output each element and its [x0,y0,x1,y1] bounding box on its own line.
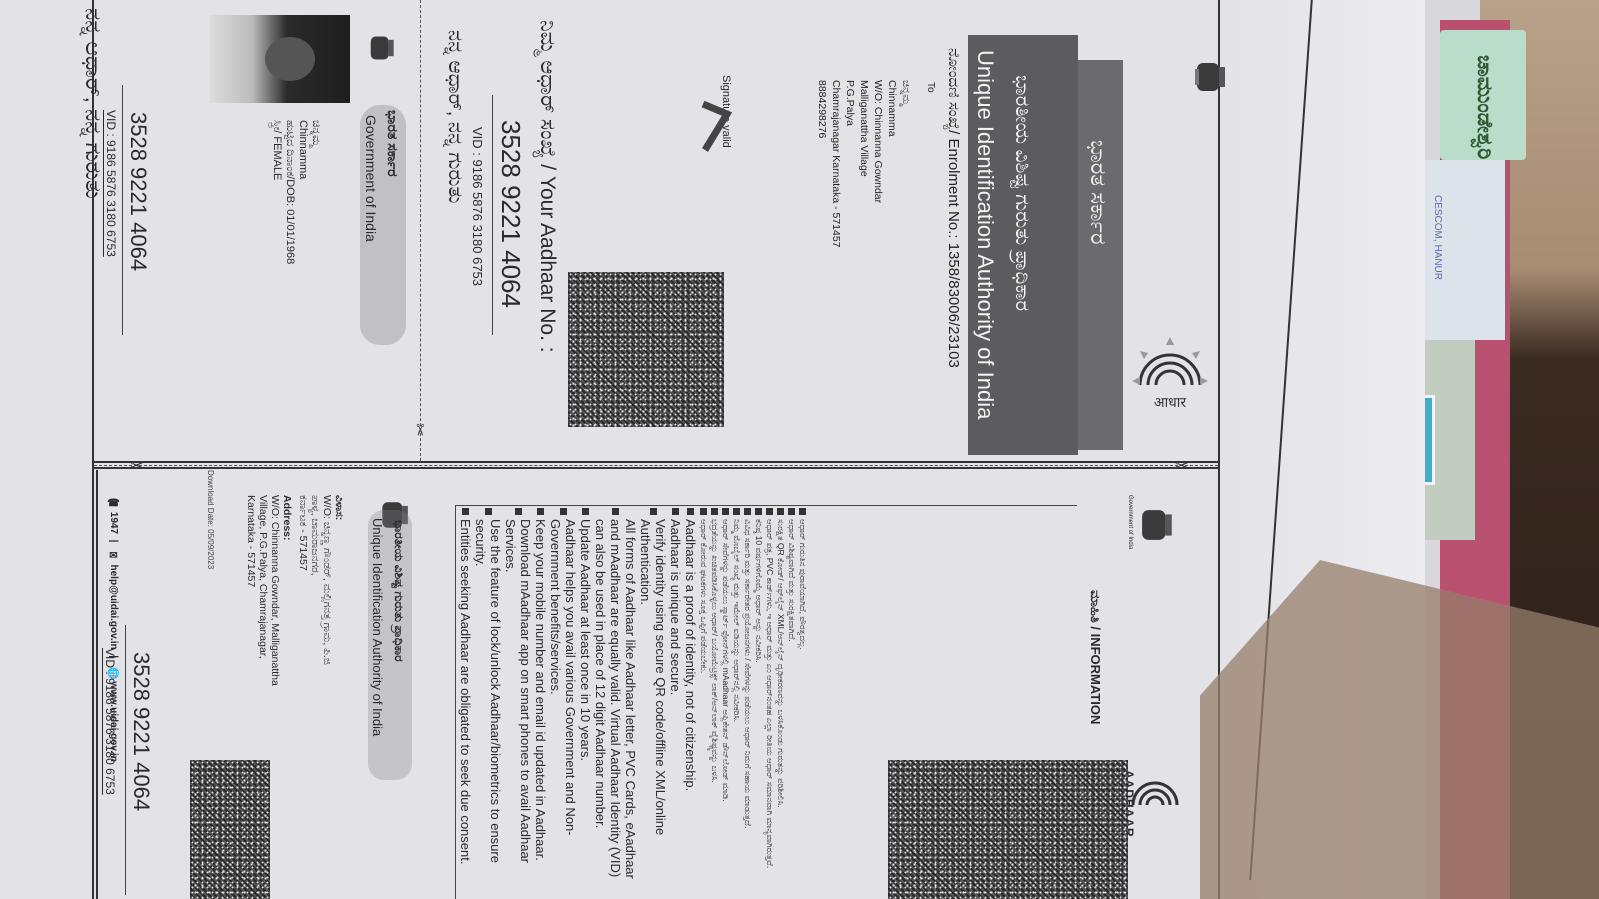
uidai-name-en: Unique Identification Authority of India [972,50,998,419]
recipient-relation: W/O: Chinnanna Gowndar [871,80,885,248]
mail-icon: ✉ [108,551,119,562]
recipient-phone: 8884298276 [815,80,829,248]
recipient-village: Malliganattha Village [857,80,871,248]
uidai-name-kn: ಭಾರತೀಯ ವಿಶಿಷ್ಟ ಗುರುತು ಪ್ರಾಧಿಕಾರ [1010,75,1033,311]
information-list: ಆಧಾರ್ ಗುರುತಿನ ಪುರಾವೆಯಾಗಿದೆ, ಪೌರತ್ವದಲ್ಲ.ಆ… [458,507,808,892]
info-item: ಭದ್ರತೆಯನ್ನು ಖಚಿತಪಡಿಸಿಕೊಳ್ಳಲು ಆಧಾರ್/ ಬಯೋಮ… [709,507,720,892]
folder-light-tab [1415,160,1505,340]
gov-india-small: Government of India [1127,495,1133,549]
qr-code [190,760,270,899]
info-item: Aadhaar is unique and secure. [668,507,683,892]
card-back-uidai-en: Unique Identification Authority of India [370,518,385,736]
address-line: W/O: Chinnanna Gowndar, Malliganattha [269,495,281,686]
info-item: Keep your mobile number and email id upd… [533,507,548,892]
qr-code [888,760,1128,899]
card-aadhaar-number: 3528 9221 4064 [125,112,151,271]
info-item: Update Aadhaar at least once in 10 years… [578,507,593,892]
enrolment-label: ನೋಂದಣಿ ಸಂಖ್ಯೆ/ Enrolment No.: [945,48,962,239]
holder-photo [210,15,350,103]
card-back-address: ವಿಳಾಸ: W/O: ಚಿನ್ನಣ್ಣ ಗೌಂಡರ್, ಮಲ್ಲಿಗನತ್ತ … [245,495,345,686]
phone-icon: ☎ [108,498,119,509]
recipient-district: Chamrajanagar Karnataka - 571457 [829,80,843,248]
enrolment-value: 1358/83006/23103 [945,243,962,368]
info-item: ಸುರಕ್ಷಿತ QR ಕೋಡ್/ ಆಫ್‌ಲೈನ್ XML/ಆನ್‌ಲೈನ್ … [775,507,786,892]
cut-line [94,461,1218,469]
to-label: To [925,82,936,93]
address-label: Address: [281,495,293,686]
info-item: All forms of Aadhaar like Aadhaar letter… [593,507,638,892]
info-item: Verify identity using secure QR code/off… [638,507,668,892]
card-gov-kn: ಭಾರತ ಸರ್ಕಾರ [385,110,401,177]
info-item: ವಿವಿಧ ಸರ್ಕಾರಿ ಮತ್ತು ಸರ್ಕಾರೇತರ ಪ್ರಯೋಜನಗಳು… [742,507,753,892]
info-item: ನಿಮ್ಮ ಮೊಬೈಲ್ ಸಂಖ್ಯೆ ಮತ್ತು ಇಮೇಲ್ ಐಡಿಯನ್ನು… [731,507,742,892]
national-emblem-icon [1140,500,1176,550]
gov-header-kn: ಭಾರತ ಸರ್ಕಾರ [1085,140,1111,245]
recipient-name-kn: ಚಿನ್ನಮ್ಮ [899,80,913,248]
recipient-name: Chinnamma [885,80,899,248]
website: www.uidai.gov.in [108,681,119,762]
info-list-kn: ಆಧಾರ್ ಗುರುತಿನ ಪುರಾವೆಯಾಗಿದೆ, ಪೌರತ್ವದಲ್ಲ.ಆ… [698,507,808,892]
separator: | [108,652,119,663]
divider [122,85,123,335]
cut-line-vertical [420,0,421,461]
address-label-kn: ವಿಳಾಸ: [333,495,345,686]
national-emblem-icon [368,30,398,66]
info-item: ಆಧಾರ್ ಕೋರುವ ಘಟಕಗಳು ಸೂಕ್ತ ಒಪ್ಪಿಗೆ ಪಡೆಯಬೇಕ… [698,507,709,892]
download-date: Download Date: 05/09/2023 [206,470,215,569]
recipient-address: ಚಿನ್ನಮ್ಮ Chinnamma W/O: Chinnanna Gownda… [815,80,913,248]
info-item: Use the feature of lock/unlock Aadhaar/b… [473,507,503,892]
your-aadhaar-label: ನಿಮ್ಮ ಆಧಾರ್ ಸಂಖ್ಯೆ / Your Aadhaar No. : [535,20,559,353]
info-item: ಆಧಾರ್ ಗುರುತಿನ ಪುರಾವೆಯಾಗಿದೆ, ಪೌರತ್ವದಲ್ಲ. [797,507,808,892]
aadhaar-number: 3528 9221 4064 [495,120,526,308]
card-gender: ಸ್ತ್ರೀ/ FEMALE [270,120,283,264]
card-dob: ಹುಟ್ಟಿದ ದಿನಾಂಕ/DOB: 01/01/1968 [283,120,296,264]
scissor-icon: ✂ [1175,456,1188,476]
info-item: Entities seeking Aadhaar are obligated t… [458,507,473,892]
card-footer-contacts: ☎ 1947 | ✉ help@uidai.gov.in | 🌐 www.uid… [108,498,119,762]
card-name-kn: ಚಿನ್ನಮ್ಮ [309,120,322,264]
divider [492,95,493,335]
email: help@uidai.gov.in [108,565,119,650]
info-item: ಆಧಾರ್ ಸೇವೆಗಳನ್ನು ಪಡೆಯಲು ಸ್ಮಾರ್ಟ್ ಫೋನ್‌ಗಳ… [720,507,731,892]
card-name: Chinnamma [296,120,309,264]
separator: | [108,537,119,548]
information-title: ಮಾಹಿತಿ / INFORMATION [1088,590,1103,724]
card-vid: VID : 9186 5876 3180 6753 [104,110,118,257]
address-kn-line: W/O: ಚಿನ್ನಣ್ಣ ಗೌಂಡರ್, ಮಲ್ಲಿಗನತ್ತ ಗ್ರಾಮ, … [321,495,333,686]
svg-text:आधार: आधार [1154,394,1187,410]
card-gov-en: Government of India [363,115,379,242]
info-item: ಆಧಾರ್ ವಿಶಿಷ್ಟವಾಗಿದೆ ಮತ್ತು ಸುರಕ್ಷಿತವಾಗಿದೆ… [786,507,797,892]
info-item: ಆಧಾರ್ ಪತ್ರ, PVC ಕಾರ್ಡ್‌ಗಳು, ಇ ಆಧಾರ್ ಮತ್ತ… [764,507,775,892]
card-tagline-kn: ನನ್ನ ಆಧಾರ್, ನನ್ನ ಗುರುತು [80,8,106,199]
recipient-locality: P.G.Palya [843,80,857,248]
gov-banner [1075,60,1123,450]
info-item: Aadhaar is a proof of identity, not of c… [683,507,698,892]
info-item: Aadhaar helps you avail various Governme… [548,507,578,892]
folder-tab-label: ಚಾಮುಂಡೇಶ್ವರಿ [1472,55,1496,159]
address-line: Village, P.G.Palya, Chamrajanagar, [257,495,269,686]
aadhaar-logo-icon: आधार [1130,335,1210,435]
checkmark-icon [697,88,737,158]
card-back-uidai-kn: ಭಾರತೀಯ ವಿಶಿಷ್ಟ ಗುರುತು ಪ್ರಾಧಿಕಾರ [392,520,406,662]
info-list-en: Aadhaar is a proof of identity, not of c… [458,507,698,892]
info-item: ಕನಿಷ್ಠ 10 ವರ್ಷಗಳಿಗೊಮ್ಮೆ ಆಧಾರ್ ಅನ್ನು ನವೀಕ… [753,507,764,892]
handwritten-note: CESCOM, HANUR [1432,195,1443,280]
tagline-kn: ನನ್ನ ಆಧಾರ್, ನನ್ನ ಗುರುತು [443,30,466,203]
card-holder-details: ಚಿನ್ನಮ್ಮ Chinnamma ಹುಟ್ಟಿದ ದಿನಾಂಕ/DOB: 0… [270,120,322,264]
globe-icon: 🌐 [108,666,119,678]
info-item: Download mAadhaar app on smart phones to… [503,507,533,892]
qr-code [568,272,724,427]
national-emblem-icon [1195,55,1229,99]
vid-number: VID : 9186 5876 3180 6753 [470,127,485,286]
enrolment-number: ನೋಂದಣಿ ಸಂಖ್ಯೆ/ Enrolment No.: 1358/83006… [945,48,962,368]
phone-number: 1947 [108,512,119,534]
address-kn-line: ಕರ್ನಾಟಕ - 571457 [297,495,309,686]
address-kn-line: ಪಾಳ್ಯ, ಚಾಮರಾಜನಗರ, [309,495,321,686]
address-line: Karnataka - 571457 [245,495,257,686]
